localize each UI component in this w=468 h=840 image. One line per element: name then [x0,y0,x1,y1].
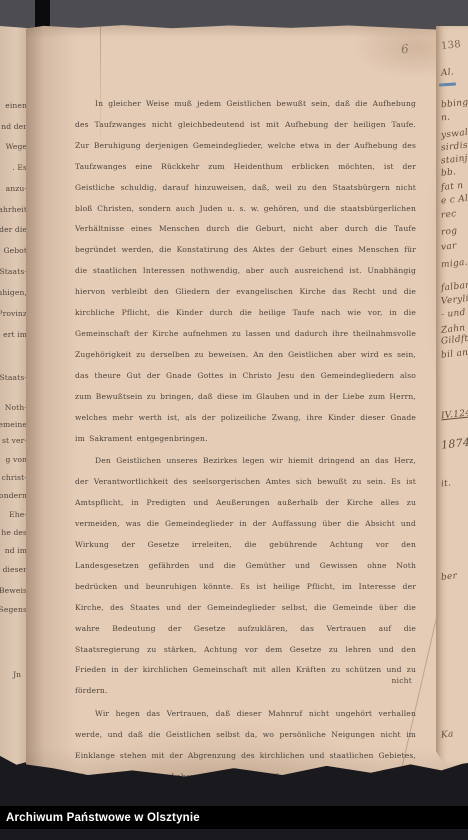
left-page-text-fragment: der die [0,225,27,234]
left-page-text-fragment: he des [1,528,27,537]
left-page-text-fragment: Noth- [5,403,27,412]
previous-page-edge: einennd derWege. Esanzu-ahrheitder dieGe… [0,26,30,767]
handwriting-fragment: sirdis [441,141,468,154]
paragraph: Den Geistlichen unseres Bezirkes legen w… [75,451,416,702]
handwriting-fragment: fat n [441,181,464,193]
left-page-text-fragment: st ver- [2,436,27,445]
left-page-text-fragment: Staats- [0,267,27,276]
archive-watermark-bar: Archiwum Państwowe w Olsztynie [0,806,468,829]
handwriting-fragment: 1874. [440,435,468,451]
handwriting-fragment: bbing [441,98,468,111]
left-page-text-fragment: christ- [2,473,27,482]
left-page-text-fragment: . Es [12,163,27,172]
catchword: nicht [391,676,412,685]
book-spine-gap [35,0,50,30]
left-page-text-fragment: Gebot [3,246,27,255]
left-page-text-fragment: ondern [0,491,27,500]
left-page-text-fragment: ahrheit [0,205,27,214]
folio-number-pencil: 6 [400,42,410,57]
handwriting-fragment: bil ang [441,347,468,360]
left-page-text-fragment: anzu- [6,184,27,193]
left-page-text-fragment: nd der [1,122,27,131]
handwriting-fragment: bb. [441,167,457,179]
left-page-text-fragment: dieser [3,565,27,574]
handwriting-fragment: yswaly [441,127,468,140]
left-page-text-fragment: Ehe- [9,510,27,519]
handwriting-fragment: n. [441,113,451,124]
handwriting-fragment: Al. [441,67,455,78]
handwriting-fragment: rog [441,226,458,238]
archive-name: Archiwum Państwowe w Olsztynie [0,812,200,824]
left-page-text-fragment: uhigen, [0,288,27,297]
next-page-edge: 138Al.bbingn.yswalysirdisstainjbb.fat ne… [436,26,468,766]
left-page-fragments: einennd derWege. Esanzu-ahrheitder dieGe… [0,26,30,767]
left-page-text-fragment: Staats- [0,373,27,382]
handwriting-fragment: it. [441,478,452,489]
left-page-text-fragment: Segens [0,605,27,614]
left-page-text-fragment: Provinz [0,309,27,318]
marginalia: 138Al.bbingn.yswalysirdisstainjbb.fat ne… [436,26,468,766]
handwriting-fragment: rec [441,209,458,221]
printed-text-block: In gleicher Weise muß jedem Geistlichen … [75,94,416,811]
left-page-text-fragment: einen [5,101,27,110]
left-page-text-fragment: Wege [6,142,27,151]
scanner-background [0,0,468,30]
handwriting-fragment: - und [441,308,467,321]
left-page-text-fragment: Beweis [0,586,27,595]
left-page-text-fragment: g von [5,455,27,464]
handwriting-fragment: Verylift [441,293,468,307]
handwriting-fragment: e c Al. [441,193,468,206]
handwriting-fragment: Ka [441,729,455,740]
scanned-document: einennd derWege. Esanzu-ahrheitder dieGe… [0,0,468,840]
paragraph: In gleicher Weise muß jedem Geistlichen … [75,94,416,449]
left-page-text-fragment: emeine [0,420,27,429]
left-page-text-fragment: ert im [3,330,27,339]
handwriting-fragment: stainj [441,154,468,167]
paragraph: Wir hegen das Vertrauen, daß dieser Mahn… [75,704,416,809]
handwriting-fragment: miga. [441,258,468,271]
handwriting-fragment: Gildftu [441,333,468,346]
document-page: 6 In gleicher Weise muß jedem Geistliche… [26,24,468,788]
left-page-catchword: Jn [13,670,21,679]
handwriting-fragment: var [441,241,458,253]
handwriting-fragment: ber [441,571,458,583]
left-page-text-fragment: nd im [5,546,27,555]
handwriting-fragment: IV.12477. [441,407,468,422]
handwriting-fragment: 138 [440,39,461,52]
handwriting-fragment: falban [441,280,468,293]
